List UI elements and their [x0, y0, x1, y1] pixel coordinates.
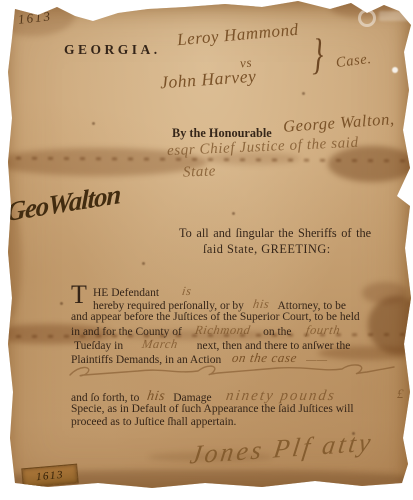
- scan-background: 1613 GEORGIA. Leroy Hammond vs John Harv…: [0, 0, 413, 500]
- ink-speck: [232, 212, 235, 215]
- plaintiff-name: Leroy Hammond: [176, 20, 299, 51]
- judge-title-state: State: [183, 163, 217, 181]
- body-line-3: and appear before the Juſtices of the Su…: [71, 311, 360, 323]
- watermark-text-smudge: [379, 11, 409, 21]
- ink-flourish: [66, 362, 398, 382]
- judge-signature: GeoWalton: [6, 179, 120, 228]
- handwritten-insert-day: fourth: [305, 323, 341, 338]
- damage-line-2: Specie, as in Default of ſuch Appearance…: [71, 403, 354, 415]
- ink-speck: [142, 262, 145, 265]
- stain-blotch: [368, 296, 413, 354]
- handwritten-insert-is: is: [181, 284, 193, 299]
- ink-speck: [92, 122, 95, 125]
- auction-watermark: [358, 7, 410, 27]
- handwritten-insert-his: his: [252, 297, 270, 312]
- case-type-label: Case.: [335, 51, 372, 72]
- greeting-line-1: To all and ſingular the Sheriffs of the: [179, 226, 371, 241]
- body-dropcap: T: [71, 282, 87, 308]
- document-paper: 1613 GEORGIA. Leroy Hammond vs John Harv…: [0, 0, 413, 500]
- paper-hole: [392, 67, 398, 73]
- state-heading: GEORGIA.: [64, 42, 161, 58]
- stain-blotch: [362, 282, 408, 304]
- handwritten-insert-month: March: [141, 337, 179, 352]
- attorney-signature: Jones Plf atty: [188, 427, 375, 470]
- damage-line-3: proceed as to Juſtice ſhall appertain.: [71, 416, 236, 428]
- printed-text: on the: [263, 326, 291, 338]
- case-brace: }: [311, 31, 324, 81]
- greeting-line-2: ſaid State, GREETING:: [203, 242, 331, 257]
- ink-speck: [302, 92, 305, 95]
- handwritten-pound-mark: £: [397, 386, 404, 402]
- inventory-sticker: 1613: [21, 464, 79, 489]
- sticker-number: 1613: [36, 469, 65, 483]
- defendant-name: John Harvey: [159, 66, 257, 94]
- judge-name-handwritten: George Walton,: [282, 109, 395, 137]
- printed-text: Tueſday in: [74, 340, 123, 352]
- ink-speck: [60, 302, 63, 305]
- handwritten-insert-county: Richmond: [194, 323, 252, 338]
- archival-number-top-left: 1613: [17, 8, 52, 27]
- watermark-ring-icon: [358, 9, 376, 27]
